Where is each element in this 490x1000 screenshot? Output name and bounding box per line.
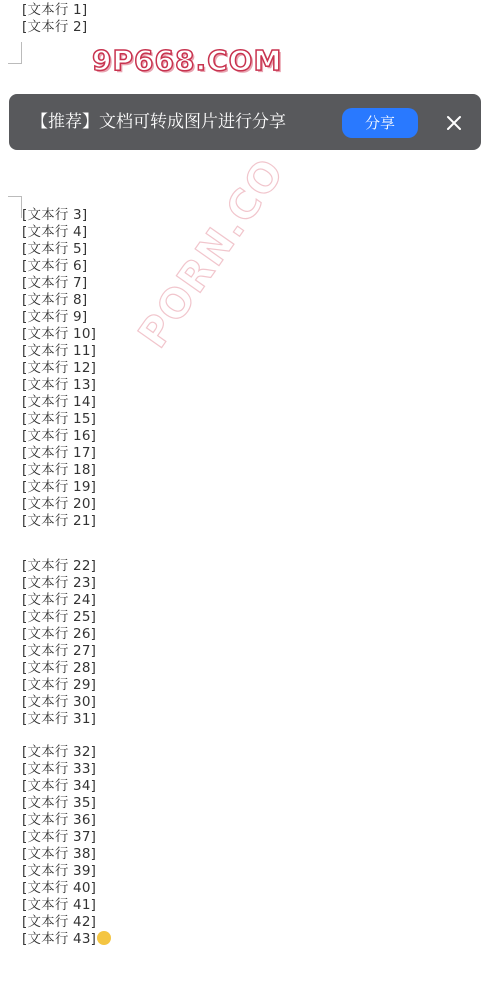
close-button[interactable] — [441, 110, 467, 136]
share-prompt-title: 【推荐】文档可转成图片进行分享 — [31, 111, 286, 133]
page-corner-mark — [8, 196, 22, 218]
document-line: [文本行 27] — [22, 643, 96, 660]
document-line: [文本行 20] — [22, 496, 96, 513]
document-line: [文本行 17] — [22, 445, 96, 462]
document-line: [文本行 36] — [22, 812, 96, 829]
document-line: [文本行 31] — [22, 711, 96, 728]
logo-watermark: 9P668.COM — [92, 44, 282, 77]
document-line: [文本行 39] — [22, 863, 96, 880]
document-line: [文本行 35] — [22, 795, 96, 812]
document-line: [文本行 13] — [22, 377, 96, 394]
document-line-text: [文本行 43] — [22, 931, 96, 947]
document-line: [文本行 33] — [22, 761, 96, 778]
document-line: [文本行 11] — [22, 343, 96, 360]
document-line: [文本行 8] — [22, 292, 87, 309]
document-line: [文本行 18] — [22, 462, 96, 479]
document-line: [文本行 30] — [22, 694, 96, 711]
document-line: [文本行 16] — [22, 428, 96, 445]
document-line: [文本行 40] — [22, 880, 96, 897]
document-line: [文本行 25] — [22, 609, 96, 626]
document-line: [文本行 29] — [22, 677, 96, 694]
document-line: [文本行 15] — [22, 411, 96, 428]
document-page: [文本行 1] [文本行 2] 9P668.COM [文本行 3] [文本行 4… — [0, 0, 490, 1000]
grinning-sweat-emoji-icon — [97, 931, 111, 945]
document-line: [文本行 41] — [22, 897, 96, 914]
document-line: [文本行 34] — [22, 778, 96, 795]
document-line: [文本行 38] — [22, 846, 96, 863]
document-line: [文本行 7] — [22, 275, 87, 292]
share-prompt-bar: 【推荐】文档可转成图片进行分享 分享 — [9, 94, 481, 150]
document-line: [文本行 24] — [22, 592, 96, 609]
document-line: [文本行 19] — [22, 479, 96, 496]
document-line: [文本行 6] — [22, 258, 87, 275]
document-line: [文本行 14] — [22, 394, 96, 411]
document-line: [文本行 37] — [22, 829, 96, 846]
document-line: [文本行 23] — [22, 575, 96, 592]
document-line: [文本行 12] — [22, 360, 96, 377]
document-line: [文本行 5] — [22, 241, 87, 258]
document-line: [文本行 43] — [22, 931, 111, 948]
diagonal-watermark: PORN.CO — [130, 150, 294, 357]
close-icon — [446, 115, 462, 131]
document-line: [文本行 26] — [22, 626, 96, 643]
document-line: [文本行 32] — [22, 744, 96, 761]
document-line: [文本行 9] — [22, 309, 87, 326]
document-line: [文本行 42] — [22, 914, 96, 931]
page-corner-mark — [8, 42, 22, 64]
document-line: [文本行 21] — [22, 513, 96, 530]
document-line: [文本行 22] — [22, 558, 96, 575]
document-line: [文本行 10] — [22, 326, 96, 343]
document-line: [文本行 2] — [22, 19, 87, 36]
document-line: [文本行 1] — [22, 2, 87, 19]
document-line: [文本行 3] — [22, 207, 87, 224]
document-line: [文本行 28] — [22, 660, 96, 677]
document-line: [文本行 4] — [22, 224, 87, 241]
share-button[interactable]: 分享 — [342, 108, 418, 138]
